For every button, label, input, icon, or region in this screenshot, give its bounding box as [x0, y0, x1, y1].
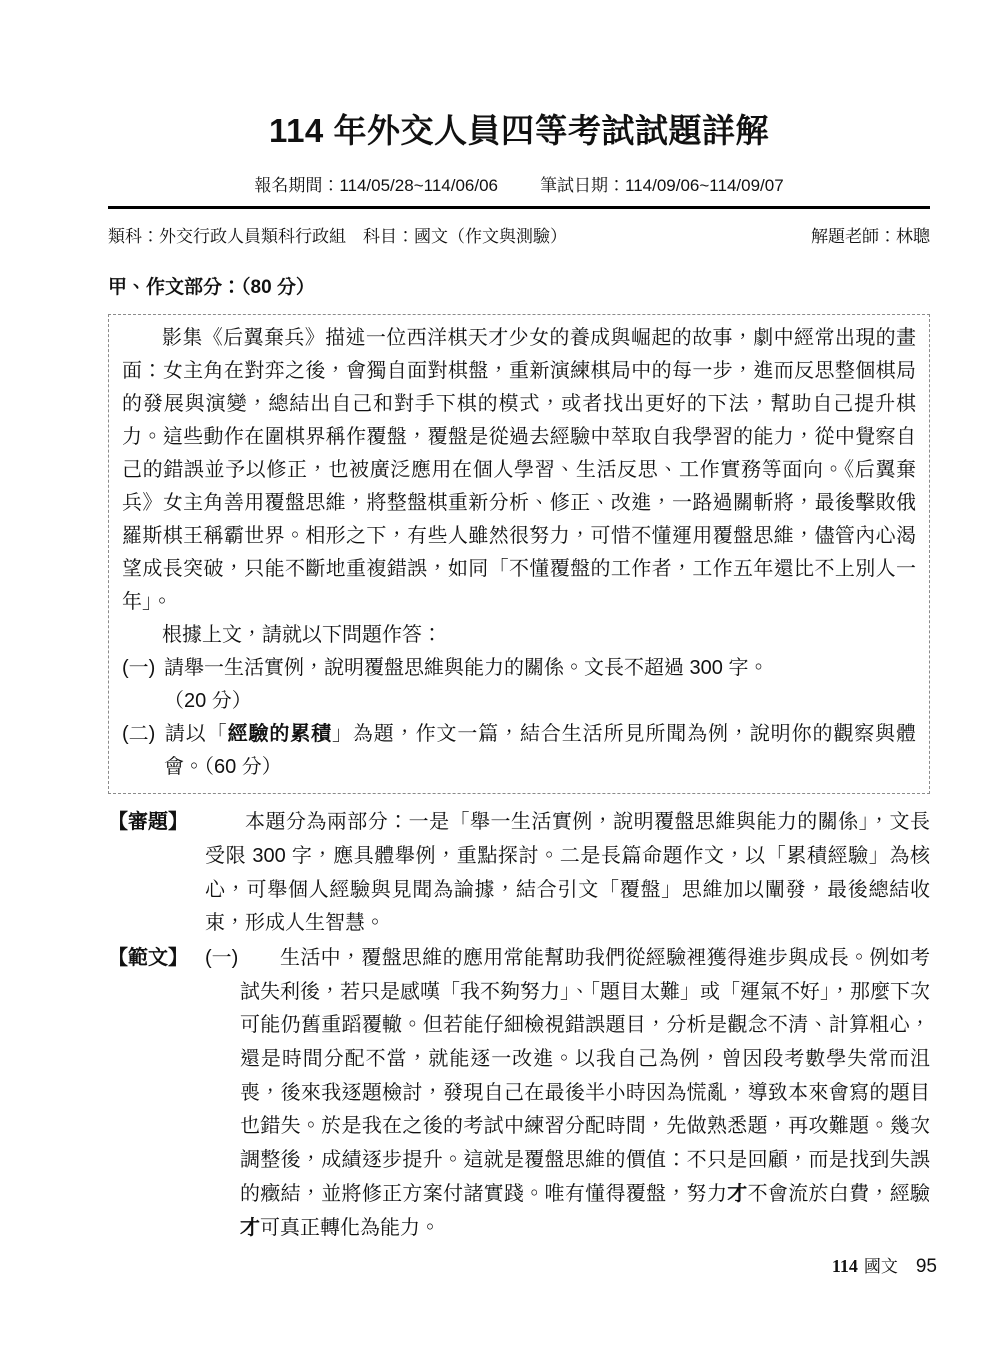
written-exam-date: 筆試日期：114/09/06~114/09/07 [540, 176, 784, 195]
header-divider [108, 206, 930, 209]
question-box: 影集《后翼棄兵》描述一位西洋棋天才少女的養成與崛起的故事，劇中經常出現的畫面：女… [108, 314, 930, 794]
registration-period: 報名期間：114/05/28~114/06/06 [254, 176, 498, 195]
question-1-marker: (一) [122, 652, 164, 685]
essay-bold-1: 才 [727, 1183, 747, 1205]
question-passage: 影集《后翼棄兵》描述一位西洋棋天才少女的養成與崛起的故事，劇中經常出現的畫面：女… [122, 322, 916, 619]
document-page: 114 年外交人員四等考試試題詳解 報名期間：114/05/28~114/06/… [0, 0, 1000, 1353]
footer-subject: 國文 [864, 1257, 898, 1276]
analysis-text: 本題分為兩部分：一是「舉一生活實例，說明覆盤思維與能力的關係」，文長受限 300… [205, 806, 930, 941]
essay-segment-1: 生活中，覆盤思維的應用常能幫助我們從經驗裡獲得進步與成長。例如考試失利後，若只是… [240, 947, 930, 1205]
analysis-label: 【審題】 [108, 806, 205, 941]
question-instruction: 根據上文，請就以下問題作答： [122, 619, 916, 652]
question-2-essay-title: 經驗的累積 [228, 723, 332, 745]
question-2-text-pre: 請以「 [164, 723, 228, 745]
essay-segment-3: 可真正轉化為能力。 [260, 1217, 440, 1239]
analysis-block: 【審題】 本題分為兩部分：一是「舉一生活實例，說明覆盤思維與能力的關係」，文長受… [108, 806, 930, 941]
page-title: 114 年外交人員四等考試試題詳解 [108, 110, 930, 152]
essay-bold-2: 才 [240, 1217, 260, 1239]
question-1-score: （20 分） [122, 685, 916, 718]
model-essay-label: 【範文】 [108, 942, 205, 1245]
question-2-marker: (二) [122, 718, 164, 751]
section-heading-essay-part: 甲、作文部分：（80 分） [108, 275, 930, 301]
analysis-text-container: 本題分為兩部分：一是「舉一生活實例，說明覆盤思維與能力的關係」，文長受限 300… [205, 806, 930, 941]
meta-line: 類科：外交行政人員類科行政組 科目：國文（作文與測驗） 解題老師：林聰 [108, 225, 930, 249]
essay-segment-2: 不會流於白費，經驗 [748, 1183, 930, 1205]
model-essay-marker: (一) [205, 942, 240, 1245]
page-content: 114 年外交人員四等考試試題詳解 報名期間：114/05/28~114/06/… [108, 110, 930, 1245]
exam-dates-line: 報名期間：114/05/28~114/06/06筆試日期：114/09/06~1… [108, 174, 930, 198]
question-item-1: (一)請舉一生活實例，說明覆盤思維與能力的關係。文長不超過 300 字。 [122, 652, 916, 685]
question-1-text: 請舉一生活實例，說明覆盤思維與能力的關係。文長不超過 300 字。 [164, 657, 768, 679]
model-essay-text-container: 生活中，覆盤思維的應用常能幫助我們從經驗裡獲得進步與成長。例如考試失利後，若只是… [240, 942, 930, 1245]
page-footer: 114國文95 [832, 1254, 937, 1279]
question-item-2: (二)請以「經驗的累積」為題，作文一篇，結合生活所見所聞為例，說明你的觀察與體會… [122, 718, 916, 784]
solver-teacher: 解題老師：林聰 [811, 225, 930, 249]
footer-page-number: 95 [916, 1256, 937, 1277]
footer-year: 114 [832, 1256, 858, 1276]
model-essay-block: 【範文】 (一) 生活中，覆盤思維的應用常能幫助我們從經驗裡獲得進步與成長。例如… [108, 942, 930, 1245]
model-essay-text: 生活中，覆盤思維的應用常能幫助我們從經驗裡獲得進步與成長。例如考試失利後，若只是… [240, 942, 930, 1245]
category-subject: 類科：外交行政人員類科行政組 科目：國文（作文與測驗） [108, 225, 567, 249]
